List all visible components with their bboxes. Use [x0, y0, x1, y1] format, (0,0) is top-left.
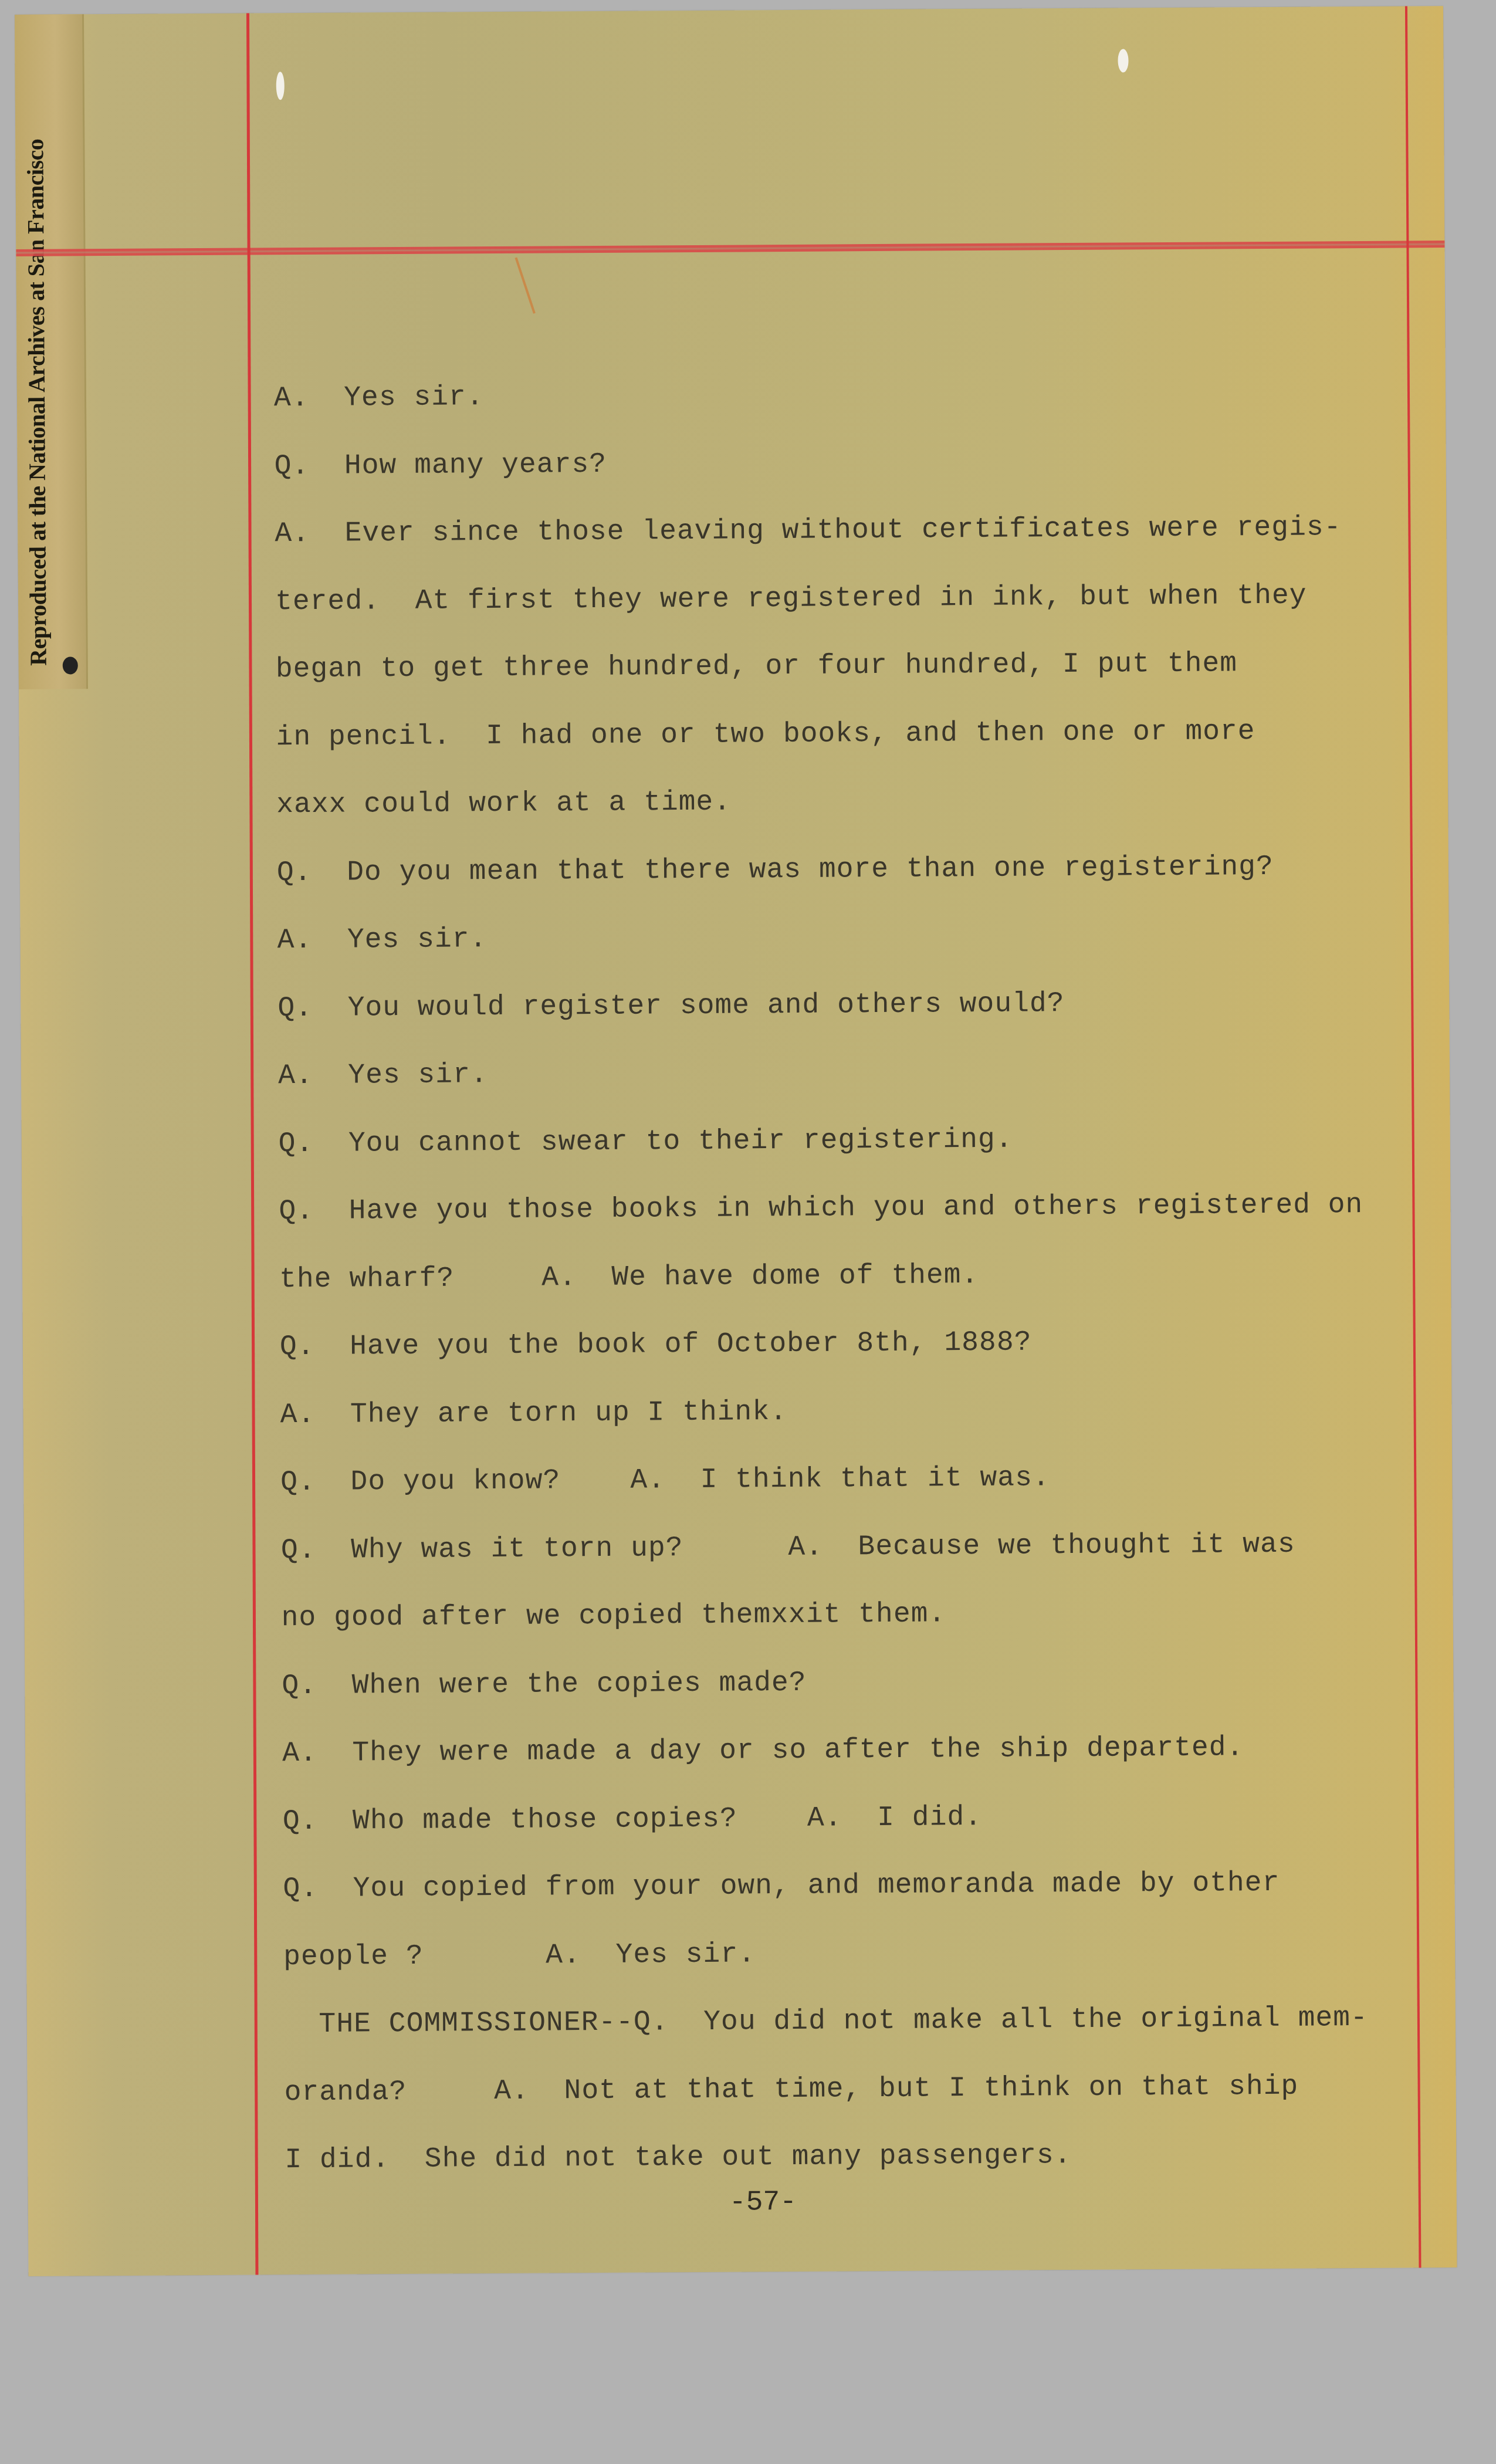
transcript-line: tered. At first they were registered in …	[275, 561, 1402, 636]
transcript-line: Q. Who made those copies? A. I did.	[282, 1781, 1409, 1856]
archive-stamp: Reproduced at the National Archives at S…	[21, 32, 52, 666]
transcript-line: Q. How many years?	[274, 426, 1401, 500]
transcript-line: A. They are torn up I think.	[280, 1375, 1407, 1449]
transcript-line: Q. Do you know? A. I think that it was.	[280, 1443, 1407, 1517]
binding-knot-icon	[63, 656, 78, 674]
transcript-line: Q. Have you those books in which you and…	[279, 1172, 1406, 1246]
transcript-line: THE COMMISSIONER--Q. You did not make al…	[284, 1985, 1411, 2059]
punch-hole-icon	[276, 72, 285, 100]
page-number: -57-	[729, 2187, 797, 2219]
transcript-line: Q. You cannot swear to their registering…	[278, 1104, 1405, 1178]
transcript-line: I did. She did not take out many passeng…	[285, 2120, 1412, 2195]
transcript-line: Q. You copied from your own, and memoran…	[283, 1849, 1410, 1924]
document-page: Reproduced at the National Archives at S…	[15, 6, 1457, 2276]
transcript-line: in pencil. I had one or two books, and t…	[276, 697, 1403, 771]
transcript-line: began to get three hundred, or four hund…	[275, 629, 1402, 704]
transcript-line: A. They were made a day or so after the …	[282, 1714, 1409, 1788]
transcript-line: Q. Why was it torn up? A. Because we tho…	[281, 1510, 1408, 1585]
transcript-line: Q. You would register some and others wo…	[277, 968, 1404, 1043]
transcript-line: A. Ever since those leaving without cert…	[275, 494, 1402, 568]
transcript-line: no good after we copied themxxit them.	[281, 1578, 1408, 1653]
transcript-line: the wharf? A. We have dome of them.	[279, 1239, 1406, 1314]
transcript-line: A. Yes sir.	[274, 358, 1401, 433]
header-rule	[16, 241, 1444, 256]
transcript-line: people ? A. Yes sir.	[283, 1917, 1410, 1991]
transcript-line: A. Yes sir.	[277, 901, 1404, 975]
transcript-body: A. Yes sir. Q. How many years? A. Ever s…	[274, 358, 1412, 2195]
transcript-line: oranda? A. Not at that time, but I think…	[284, 2052, 1411, 2127]
transcript-line: Q. Have you the book of October 8th, 188…	[280, 1307, 1407, 1382]
left-margin-rule	[246, 13, 258, 2275]
punch-hole-icon	[1118, 49, 1128, 72]
transcript-line: xaxx could work at a time.	[276, 765, 1403, 840]
archive-binding-strip: Reproduced at the National Archives at S…	[15, 14, 88, 689]
transcript-line: Q. Do you mean that there was more than …	[277, 832, 1404, 907]
transcript-line: Q. When were the copies made?	[282, 1646, 1409, 1720]
transcript-line: A. Yes sir.	[278, 1036, 1405, 1111]
paper-crease	[515, 258, 536, 314]
